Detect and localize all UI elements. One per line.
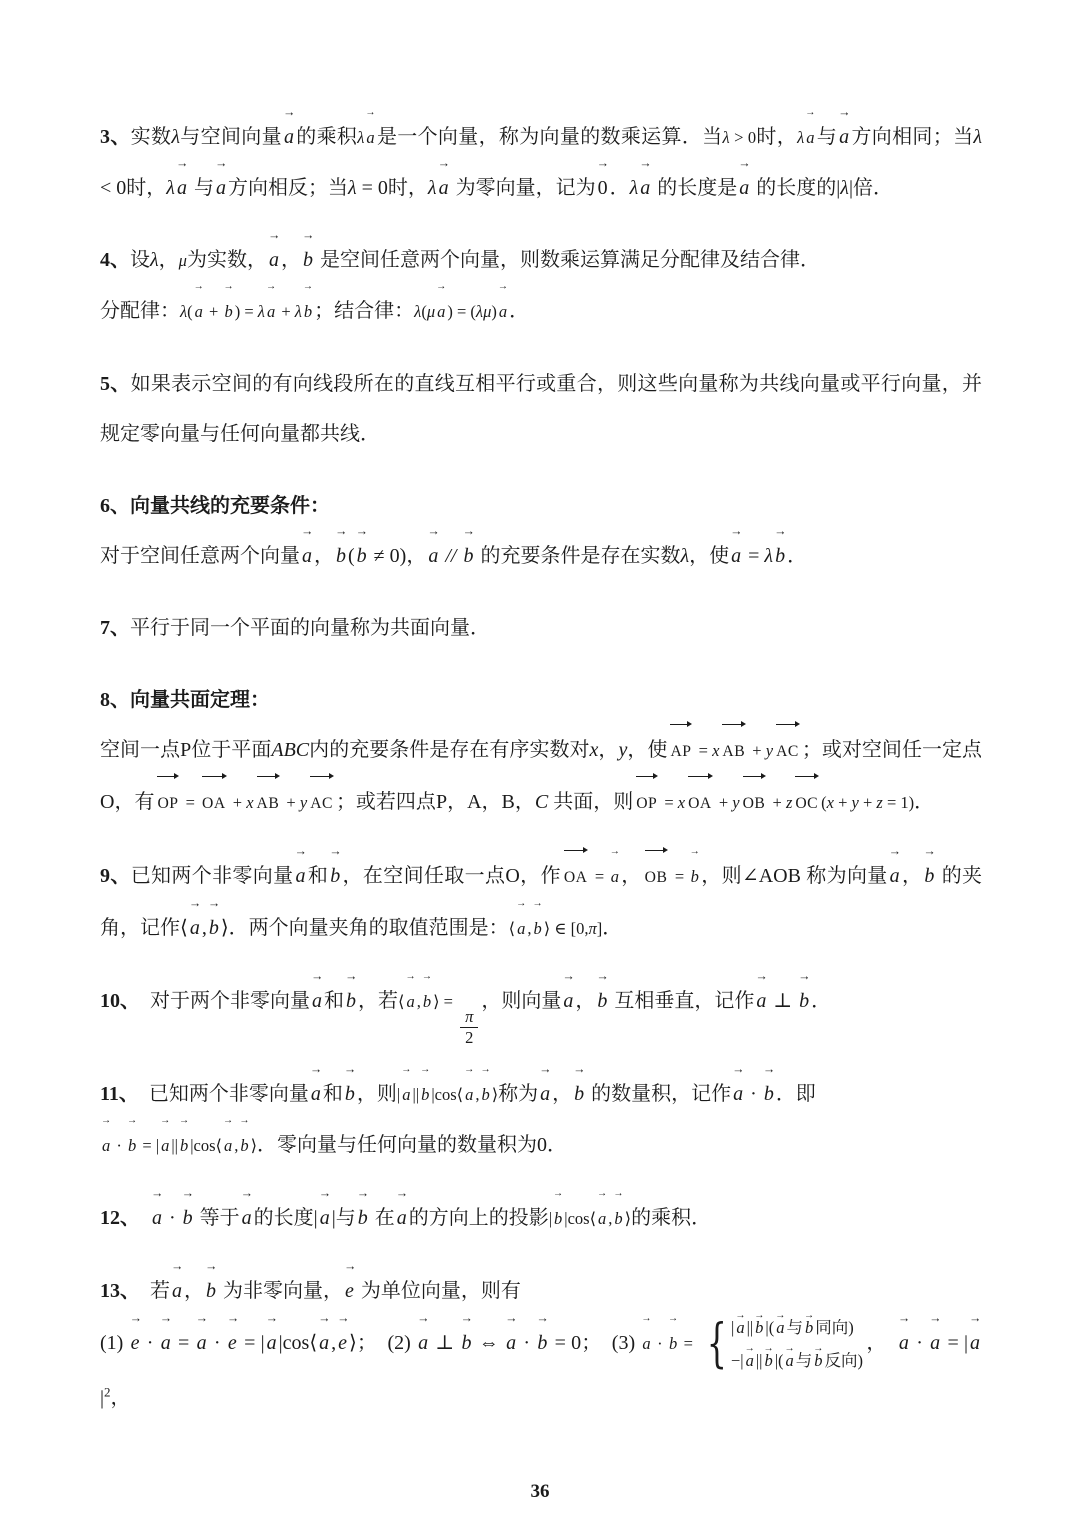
vector-arrow-icon: → bbox=[785, 1344, 795, 1354]
vector-b: →b bbox=[669, 1319, 677, 1369]
vector-arrow-icon: → bbox=[838, 106, 850, 118]
vector-arrow-icon: → bbox=[732, 1063, 744, 1075]
vector-b: →b bbox=[614, 1194, 622, 1244]
vector-a: →a bbox=[640, 163, 650, 213]
vector-arrow-icon: → bbox=[344, 1260, 355, 1272]
item-10: 10、 对于两个非零向量→a和→b，若⟨→a,→b⟩ = π2，则向量→a，→b… bbox=[100, 976, 982, 1047]
vector-arrow-icon: → bbox=[241, 1187, 253, 1199]
vector-arrow-icon: → bbox=[668, 1314, 678, 1324]
vector-a: →a bbox=[216, 163, 226, 213]
item-number: 7、 bbox=[100, 617, 130, 639]
vector-a: →a bbox=[406, 977, 414, 1027]
vector-b: →b bbox=[346, 976, 356, 1026]
vector-b: →b bbox=[180, 1121, 188, 1171]
vector-b: →b bbox=[345, 1069, 355, 1119]
vector-b: →b bbox=[128, 1121, 136, 1171]
vector-a: →a bbox=[733, 1069, 743, 1119]
vector-a: →a bbox=[786, 1349, 794, 1373]
item-6-body: 对于空间任意两个向量→a，→b(→b ≠ 0)，→a // →b 的充要条件是存… bbox=[100, 531, 982, 581]
vector-arrow-icon: → bbox=[804, 1311, 814, 1321]
vector-arrow-icon: → bbox=[194, 282, 204, 292]
vector-arrow-icon: → bbox=[755, 970, 767, 982]
vector-arrow-icon: → bbox=[813, 1344, 823, 1354]
vector-b: →b bbox=[304, 287, 312, 337]
vector-OP: OP bbox=[157, 778, 178, 829]
vector-a: →a bbox=[366, 113, 374, 163]
vector-a: →a bbox=[402, 1070, 410, 1120]
fraction: π2 bbox=[460, 1007, 478, 1048]
vector-a: →a bbox=[224, 1121, 232, 1171]
vector-AC: AC bbox=[776, 726, 799, 777]
item-4: 4、设λ，μ为实数，→a，→b 是空间任意两个向量，则数乘运算满足分配律及结合律… bbox=[100, 235, 982, 286]
vector-arrow-icon: → bbox=[179, 1116, 189, 1126]
item-number: 3、 bbox=[100, 126, 131, 148]
item-11-formula: →a · →b = |→a||→b|cos⟨→a,→b⟩．零向量与任何向量的数量… bbox=[100, 1120, 982, 1171]
vector-arrow-icon: → bbox=[610, 847, 620, 857]
item-3: 3、实数λ与空间向量→a的乘积λ→a是一个向量，称为向量的数乘运算．当λ > 0… bbox=[100, 112, 982, 213]
vector-a: →a bbox=[197, 1318, 207, 1368]
item-6-heading: 6、向量共线的充要条件： bbox=[100, 481, 982, 531]
vector-arrow-icon: → bbox=[319, 1187, 331, 1199]
item-number: 8、向量共面定理： bbox=[100, 689, 270, 711]
vector-a: →a bbox=[739, 163, 749, 213]
vector-arrow-icon: → bbox=[329, 845, 341, 857]
item-number: 9、 bbox=[100, 865, 131, 887]
vector-b: →b bbox=[358, 1193, 368, 1243]
vector-b: →b bbox=[924, 851, 934, 901]
vector-b: →b bbox=[533, 904, 541, 954]
vector-arrow-icon bbox=[157, 773, 178, 780]
vector-AB: AB bbox=[257, 778, 280, 829]
vector-arrow-icon: → bbox=[405, 972, 415, 982]
vector-b: →b bbox=[814, 1349, 822, 1373]
vector-a: →a bbox=[161, 1318, 171, 1368]
vector-b: →b bbox=[336, 531, 346, 581]
vector-arrow-icon: → bbox=[969, 1312, 981, 1324]
vector-b: →b bbox=[423, 977, 431, 1027]
vector-arrow-icon: → bbox=[266, 282, 276, 292]
vector-arrow-icon: → bbox=[357, 1187, 369, 1199]
vector-b: →b bbox=[183, 1193, 193, 1243]
vector-arrow-icon: → bbox=[735, 1311, 745, 1321]
vector-a: →a bbox=[152, 1193, 162, 1243]
vector-b: →b bbox=[206, 1266, 216, 1316]
vector-arrow-icon bbox=[645, 847, 668, 854]
vector-a: →a bbox=[302, 531, 312, 581]
vector-a: →a bbox=[177, 163, 187, 213]
vector-a: →a bbox=[756, 976, 766, 1026]
item-13: 13、 若→a，→b 为非零向量，→e 为单位向量，则有 bbox=[100, 1266, 982, 1316]
vector-a: →a bbox=[284, 112, 294, 162]
vector-arrow-icon: → bbox=[898, 1312, 910, 1324]
vector-arrow-icon: → bbox=[223, 1116, 233, 1126]
vector-b: →b bbox=[240, 1121, 248, 1171]
document-body: 3、实数λ与空间向量→a的乘积λ→a是一个向量，称为向量的数乘运算．当λ > 0… bbox=[100, 112, 982, 1423]
item-number: 10、 bbox=[100, 990, 130, 1012]
vector-arrow-icon: → bbox=[196, 1312, 208, 1324]
vector-arrow-icon: → bbox=[283, 106, 295, 118]
vector-a: →a bbox=[776, 1316, 784, 1340]
vector-a: →a bbox=[806, 113, 814, 163]
vector-b: →b bbox=[554, 1194, 562, 1244]
vector-a: →a bbox=[598, 1194, 606, 1244]
vector-arrow-icon: → bbox=[160, 1116, 170, 1126]
vector-arrow-icon: → bbox=[738, 157, 750, 169]
vector-b: →b bbox=[421, 1070, 429, 1120]
vector-arrow-icon: → bbox=[754, 1311, 764, 1321]
vector-arrow-icon: → bbox=[311, 970, 323, 982]
document-page: 3、实数λ与空间向量→a的乘积λ→a是一个向量，称为向量的数乘运算．当λ > 0… bbox=[0, 0, 1080, 1527]
vector-b: →b bbox=[691, 852, 699, 902]
vector-arrow-icon: → bbox=[189, 897, 201, 909]
vector-arrow-icon: → bbox=[151, 1187, 163, 1199]
vector-arrow-icon: → bbox=[745, 1344, 755, 1354]
item-8-heading: 8、向量共面定理： bbox=[100, 675, 982, 725]
vector-a: →a bbox=[269, 235, 279, 285]
vector-a: →a bbox=[312, 976, 322, 1026]
vector-arrow-icon: → bbox=[438, 157, 450, 169]
vector-arrow-icon: → bbox=[805, 108, 815, 118]
vector-e: →e bbox=[131, 1318, 140, 1368]
vector-arrow-icon: → bbox=[365, 108, 375, 118]
vector-arrow-icon: → bbox=[396, 1187, 408, 1199]
vector-arrow-icon bbox=[688, 773, 712, 780]
vector-arrow-icon: → bbox=[929, 1312, 941, 1324]
vector-arrow-icon: → bbox=[763, 1063, 775, 1075]
vector-arrow-icon: → bbox=[239, 1116, 249, 1126]
vector-arrow-icon: → bbox=[532, 899, 542, 909]
vector-arrow-icon: → bbox=[553, 1189, 563, 1199]
vector-OA: OA bbox=[688, 778, 712, 829]
item-8-body: 空间一点P位于平面ABC内的充要条件是存在有序实数对x，y，使AP = xAB … bbox=[100, 725, 982, 829]
vector-arrow-icon: → bbox=[730, 525, 742, 537]
vector-e: →e bbox=[345, 1266, 354, 1316]
vector-arrow-icon: → bbox=[160, 1312, 172, 1324]
vector-OP: OP bbox=[636, 778, 657, 829]
item-4-formulas: 分配律：λ(→a + →b) = λ→a + λ→b；结合律：λ(μ→a) = … bbox=[100, 286, 982, 337]
vector-arrow-icon: → bbox=[775, 1311, 785, 1321]
item-number: 11、 bbox=[100, 1083, 129, 1105]
vector-b: →b bbox=[775, 531, 785, 581]
vector-arrow-icon: → bbox=[427, 525, 439, 537]
vector-a: →a bbox=[731, 531, 741, 581]
vector-a: →a bbox=[930, 1318, 940, 1368]
vector-a: →a bbox=[397, 1193, 407, 1243]
vector-arrow-icon: → bbox=[268, 229, 280, 241]
vector-a: →a bbox=[746, 1349, 754, 1373]
vector-arrow-icon: → bbox=[227, 1312, 238, 1324]
vector-arrow-icon bbox=[564, 847, 588, 854]
vector-arrow-icon: → bbox=[539, 1063, 551, 1075]
vector-a: →a bbox=[970, 1318, 980, 1368]
vector-arrow-icon: → bbox=[310, 1063, 322, 1075]
vector-a: →a bbox=[506, 1318, 516, 1368]
vector-arrow-icon bbox=[636, 773, 657, 780]
vector-arrow-icon bbox=[310, 773, 333, 780]
vector-arrow-icon: → bbox=[127, 1116, 137, 1126]
vector-a: →a bbox=[890, 851, 900, 901]
item-number: 6、向量共线的充要条件： bbox=[100, 495, 330, 517]
vector-a: →a bbox=[428, 531, 438, 581]
vector-arrow-icon: → bbox=[345, 970, 357, 982]
vector-OA: OA bbox=[564, 852, 588, 903]
vector-a: →a bbox=[517, 904, 525, 954]
vector-a: →a bbox=[190, 903, 200, 953]
vector-OB: OB bbox=[645, 852, 668, 903]
vector-a: →a bbox=[267, 1318, 277, 1368]
vector-b: →b bbox=[805, 1316, 813, 1340]
vector-a: →a bbox=[295, 851, 305, 901]
vector-arrow-icon: → bbox=[889, 845, 901, 857]
vector-arrow-icon: → bbox=[596, 970, 608, 982]
vector-arrow-icon: → bbox=[301, 525, 313, 537]
item-number: 13、 bbox=[100, 1280, 130, 1302]
vector-arrow-icon: → bbox=[505, 1312, 517, 1324]
vector-b: →b bbox=[537, 1318, 547, 1368]
vector-arrow-icon: → bbox=[337, 1312, 348, 1324]
vector-arrow-icon: → bbox=[516, 899, 526, 909]
item-9: 9、已知两个非零向量→a和→b，在空间任取一点O，作OA = →a，OB = →… bbox=[100, 851, 982, 954]
vector-b: →b bbox=[463, 531, 473, 581]
vector-OC: OC bbox=[795, 778, 818, 829]
item-12: 12、 →a · →b 等于→a的长度|→a|与→b 在→a的方向上的投影|→b… bbox=[100, 1193, 982, 1244]
vector-arrow-icon: → bbox=[462, 525, 474, 537]
vector-b: →b bbox=[799, 976, 809, 1026]
item-5: 5、如果表示空间的有向线段所在的直线互相平行或重合，则这些向量称为共线向量或平行… bbox=[100, 359, 982, 459]
page-number: 36 bbox=[0, 1481, 1080, 1503]
vector-arrow-icon: → bbox=[536, 1312, 548, 1324]
vector-arrow-icon: → bbox=[101, 1116, 111, 1126]
item-7: 7、平行于同一个平面的向量称为共面向量． bbox=[100, 603, 982, 653]
item-11: 11、 已知两个非零向量→a和→b，则|→a||→b|cos⟨→a,→b⟩称为→… bbox=[100, 1069, 982, 1120]
vector-arrow-icon: → bbox=[208, 897, 220, 909]
vector-arrow-icon: → bbox=[302, 229, 314, 241]
vector-b: →b bbox=[764, 1349, 772, 1373]
vector-e: →e bbox=[228, 1318, 237, 1368]
vector-arrow-icon: → bbox=[420, 1065, 430, 1075]
vector-arrow-icon: → bbox=[401, 1065, 411, 1075]
vector-arrow-icon: → bbox=[422, 972, 432, 982]
vector-a: →a bbox=[465, 1070, 473, 1120]
vector-arrow-icon: → bbox=[641, 1314, 651, 1324]
vector-b: →b bbox=[224, 287, 232, 337]
vector-arrow-icon: → bbox=[182, 1187, 194, 1199]
vector-arrow-icon: → bbox=[417, 1312, 429, 1324]
vector-b: →b bbox=[357, 531, 367, 581]
vector-arrow-icon bbox=[257, 773, 280, 780]
vector-b: →b bbox=[209, 903, 219, 953]
vector-arrow-icon bbox=[722, 721, 745, 728]
vector-arrow-icon bbox=[670, 721, 691, 728]
vector-a: →a bbox=[319, 1318, 329, 1368]
vector-arrow-icon: → bbox=[639, 157, 651, 169]
item-number: 12、 bbox=[100, 1207, 130, 1229]
vector-arrow-icon: → bbox=[690, 847, 700, 857]
vector-a: →a bbox=[320, 1193, 330, 1243]
vector-a: →a bbox=[736, 1316, 744, 1340]
vector-e: →e bbox=[338, 1318, 347, 1368]
vector-arrow-icon: → bbox=[923, 845, 935, 857]
vector-b: →b bbox=[303, 235, 313, 285]
vector-arrow-icon: → bbox=[266, 1312, 278, 1324]
vector-a: →a bbox=[540, 1069, 550, 1119]
item-13-formulas: (1) →e · →a = →a · →e = |→a|cos⟨→a,→e⟩； … bbox=[100, 1316, 982, 1423]
vector-arrow-icon: → bbox=[460, 1312, 472, 1324]
vector-arrow-icon: → bbox=[318, 1312, 330, 1324]
vector-a: →a bbox=[195, 287, 203, 337]
vector-a: →a bbox=[642, 1319, 650, 1369]
vector-b: →b bbox=[755, 1316, 763, 1340]
vector-a: →a bbox=[439, 163, 449, 213]
vector-a: →a bbox=[899, 1318, 909, 1368]
vector-OB: OB bbox=[743, 778, 766, 829]
vector-arrow-icon: → bbox=[436, 282, 446, 292]
brace-icon: { bbox=[707, 1322, 727, 1367]
item-number: 5、 bbox=[100, 373, 131, 395]
vector-a: →a bbox=[311, 1069, 321, 1119]
vector-arrow-icon bbox=[743, 773, 766, 780]
vector-arrow-icon: → bbox=[171, 1260, 183, 1272]
vector-arrow-icon bbox=[202, 773, 226, 780]
vector-arrow-icon bbox=[795, 773, 818, 780]
item-number: 4、 bbox=[100, 249, 130, 271]
vector-arrow-icon: → bbox=[344, 1063, 356, 1075]
vector-arrow-icon: → bbox=[205, 1260, 217, 1272]
vector-arrow-icon: → bbox=[597, 1189, 607, 1199]
vector-a: →a bbox=[611, 852, 619, 902]
vector-AP: AP bbox=[670, 726, 691, 777]
vector-b: →b bbox=[597, 976, 607, 1026]
vector-a: →a bbox=[242, 1193, 252, 1243]
vector-arrow-icon: → bbox=[303, 282, 313, 292]
vector-arrow-icon: → bbox=[613, 1189, 623, 1199]
vector-arrow-icon: → bbox=[335, 525, 347, 537]
vector-arrow-icon: → bbox=[130, 1312, 141, 1324]
vector-a: →a bbox=[437, 287, 445, 337]
vector-a: →a bbox=[172, 1266, 182, 1316]
vector-arrow-icon: → bbox=[356, 525, 368, 537]
vector-arrow-icon: → bbox=[223, 282, 233, 292]
vector-AC: AC bbox=[310, 778, 333, 829]
vector-b: →b bbox=[330, 851, 340, 901]
vector-arrow-icon: → bbox=[774, 525, 786, 537]
vector-arrow-icon: → bbox=[763, 1344, 773, 1354]
vector-arrow-icon: → bbox=[176, 157, 188, 169]
vector-a: →a bbox=[563, 976, 573, 1026]
vector-arrow-icon: → bbox=[464, 1065, 474, 1075]
cases-expression: {|→a||→b|(→a与→b同向)−|→a||→b|(→a与→b反向) bbox=[700, 1316, 863, 1373]
vector-AB: AB bbox=[722, 726, 745, 777]
vector-OA: OA bbox=[202, 778, 226, 829]
vector-b: →b bbox=[764, 1069, 774, 1119]
vector-arrow-icon: → bbox=[215, 157, 227, 169]
vector-a: →a bbox=[418, 1318, 428, 1368]
vector-arrow-icon bbox=[776, 721, 799, 728]
vector-arrow-icon: → bbox=[498, 282, 508, 292]
vector-b: →b bbox=[574, 1069, 584, 1119]
vector-a: →a bbox=[161, 1121, 169, 1171]
vector-b: →b bbox=[461, 1318, 471, 1368]
vector-a: →a bbox=[499, 287, 507, 337]
vector-0: →0 bbox=[598, 163, 608, 213]
vector-arrow-icon: → bbox=[562, 970, 574, 982]
vector-arrow-icon: → bbox=[480, 1065, 490, 1075]
vector-arrow-icon: → bbox=[573, 1063, 585, 1075]
vector-arrow-icon: → bbox=[294, 845, 306, 857]
vector-b: →b bbox=[481, 1070, 489, 1120]
vector-arrow-icon: → bbox=[597, 157, 609, 169]
vector-a: →a bbox=[839, 112, 849, 162]
vector-arrow-icon: → bbox=[798, 970, 810, 982]
vector-a: →a bbox=[102, 1121, 110, 1171]
vector-a: →a bbox=[267, 287, 275, 337]
